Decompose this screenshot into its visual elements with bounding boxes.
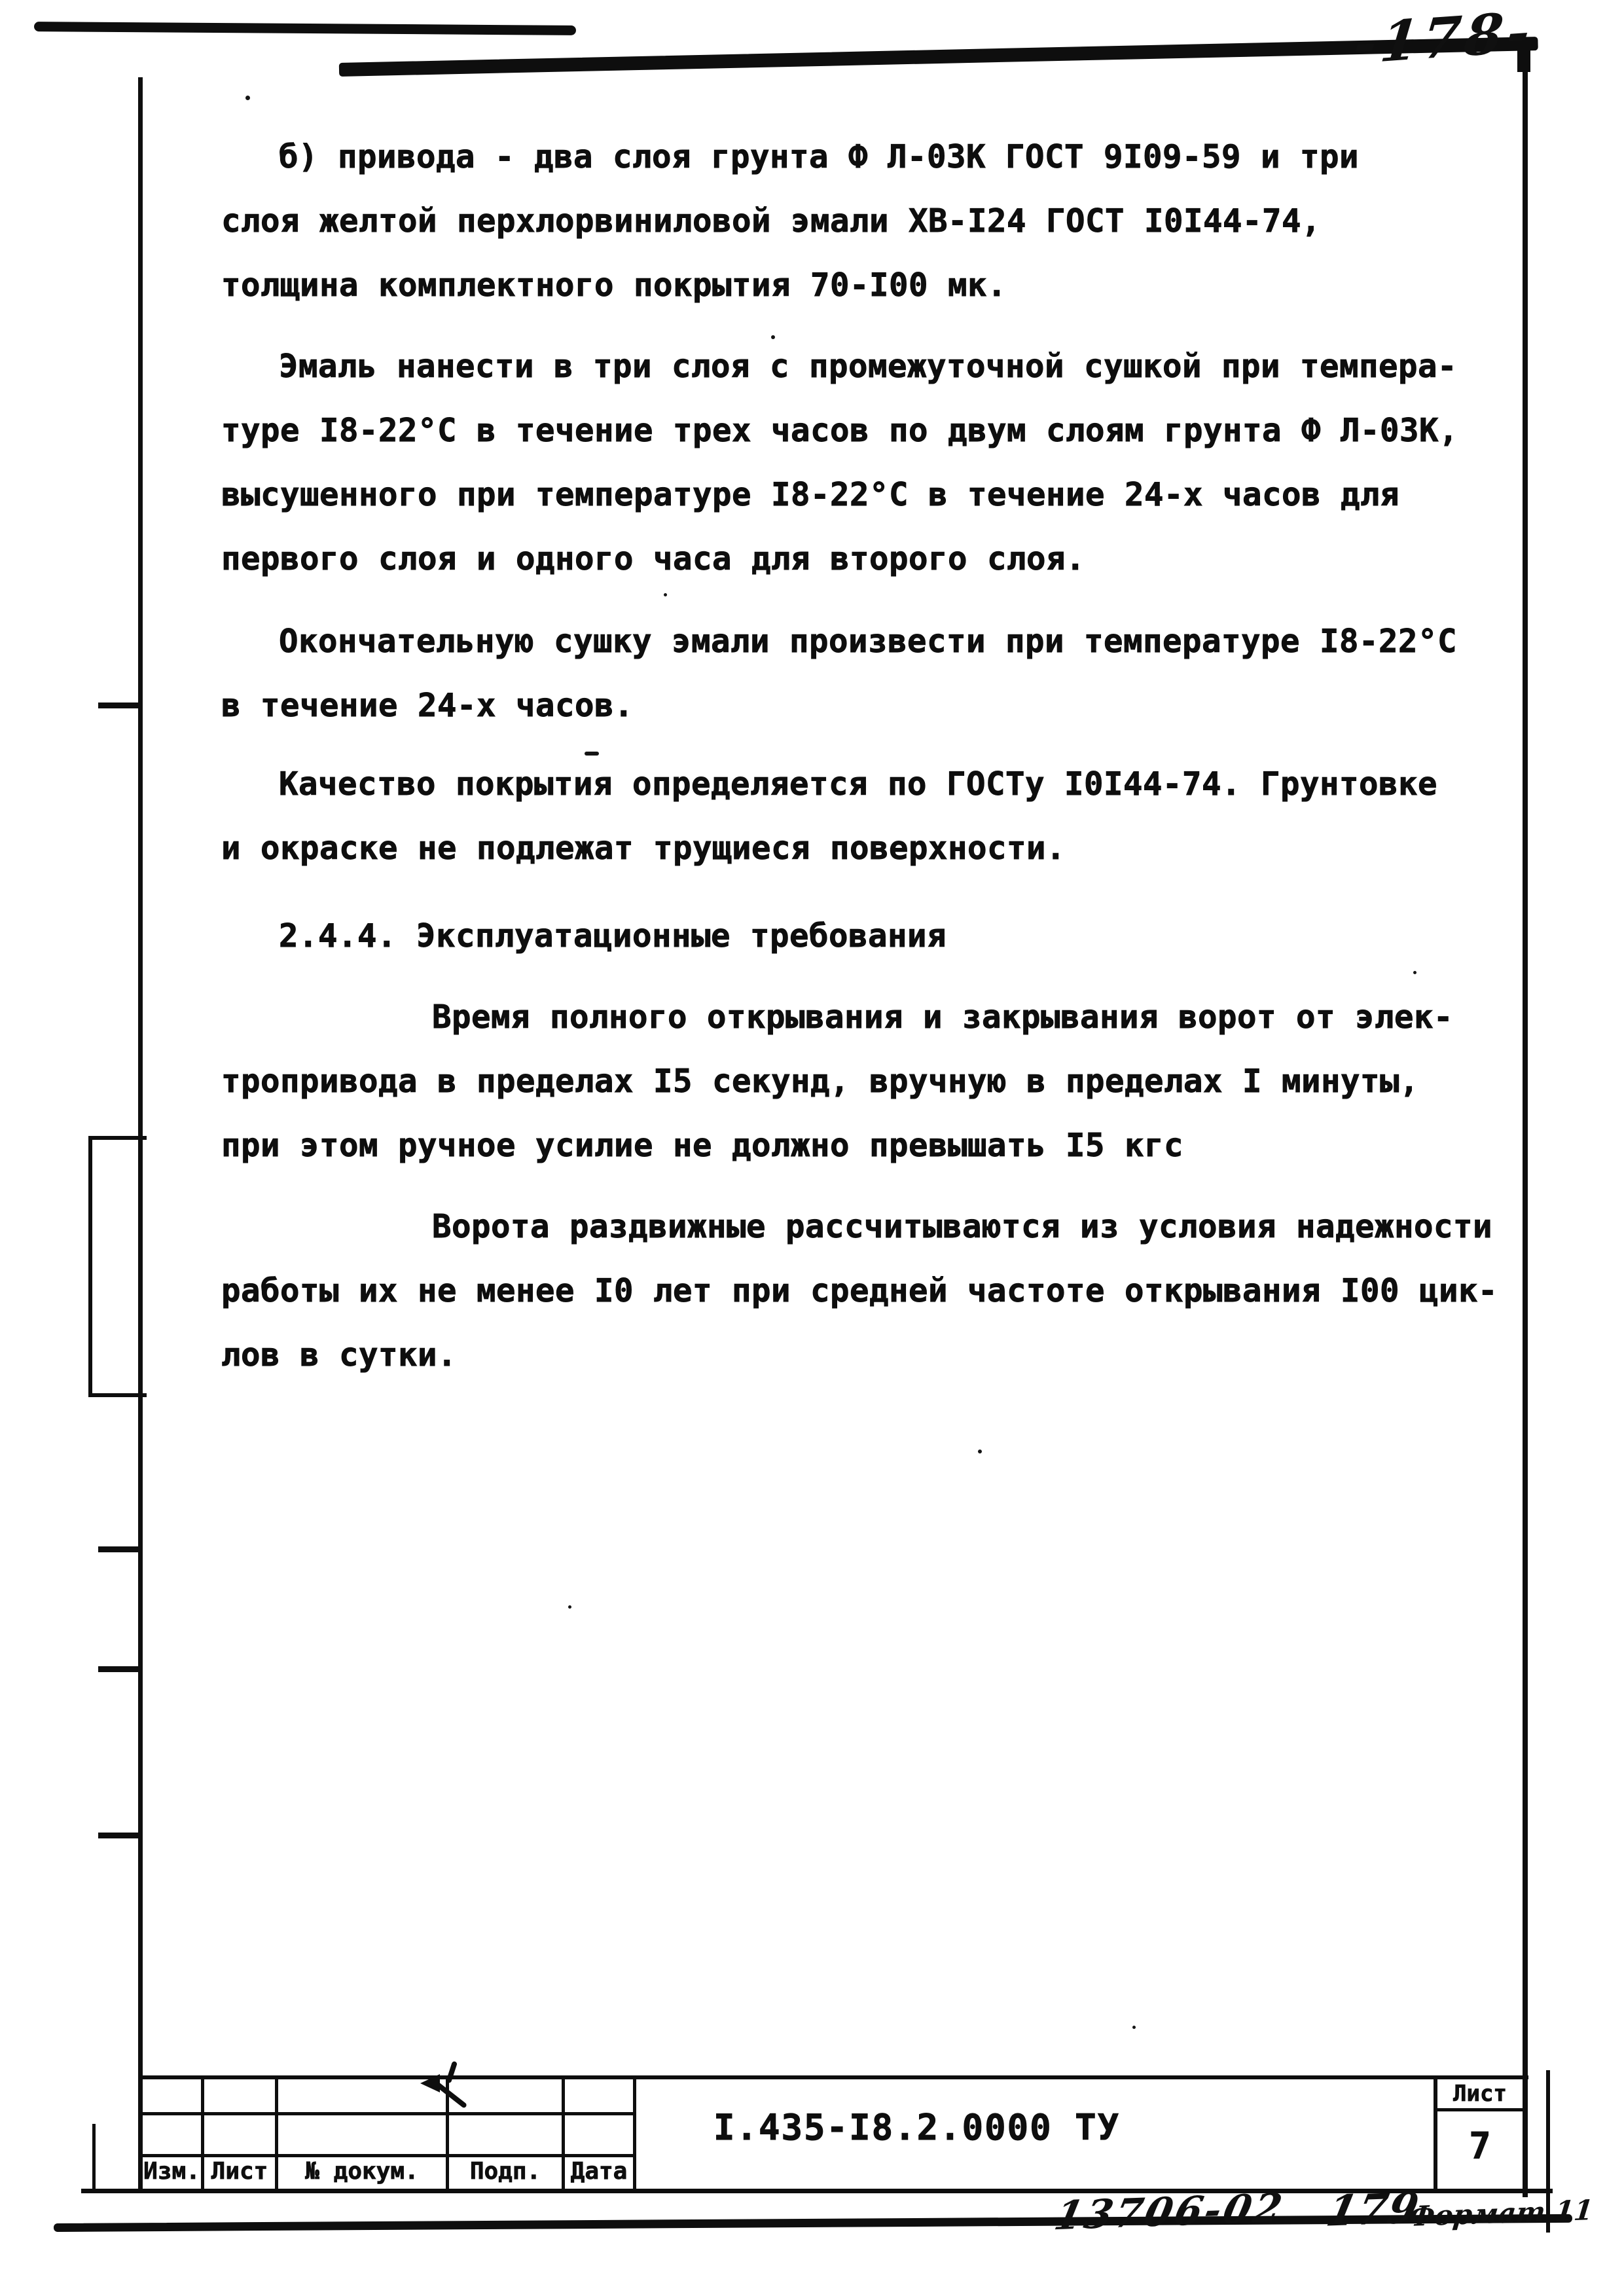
text-line: туре I8-22°С в течение трех часов по дву… xyxy=(221,399,1530,463)
text-line: Эмаль нанести в три слоя с промежуточной… xyxy=(221,335,1530,399)
text-line: и окраске не подлежат трущиеся поверхнос… xyxy=(221,816,1530,881)
handwritten-inventory-number: 13706-02 xyxy=(1051,2185,1289,2240)
scan-speck xyxy=(568,1605,571,1609)
titleblock-col-docnum: № докум. xyxy=(275,2158,449,2185)
scan-speck xyxy=(499,1075,503,1079)
text-line: в течение 24-х часов. xyxy=(221,674,1530,738)
text-line: Время полного открывания и закрывания во… xyxy=(221,985,1530,1049)
sheet-box-separator xyxy=(1434,2108,1528,2111)
text-line: Ворота раздвижные рассчитываются из усло… xyxy=(221,1195,1530,1259)
text-line: тропривода в пределах I5 секунд, вручную… xyxy=(221,1049,1530,1114)
fold-mark-rectangle xyxy=(88,1136,147,1397)
sheet-box-number: 7 xyxy=(1437,2125,1523,2168)
titleblock-top-line xyxy=(139,2075,1528,2079)
text-line: первого слоя и одного часа для второго с… xyxy=(221,527,1530,591)
document-text-body: б) привода - два слоя грунта Ф Л-03К ГОС… xyxy=(221,125,1530,1387)
handdrawn-arrow-icon xyxy=(420,2065,479,2111)
section-heading-2-4-4: 2.4.4. Эксплуатационные требования xyxy=(221,904,1530,968)
titleblock-col-podp: Подп. xyxy=(446,2158,565,2185)
titleblock-col-list: Лист xyxy=(201,2158,278,2185)
frame-top-stroke-short xyxy=(34,22,576,35)
scan-speck xyxy=(978,1450,982,1453)
text-line: толщина комплектного покрытия 70-I00 мк. xyxy=(221,253,1530,318)
text-line: б) привода - два слоя грунта Ф Л-03К ГОС… xyxy=(221,125,1530,189)
text-line: высушенного при температуре I8-22°С в те… xyxy=(221,463,1530,527)
fold-tick-4 xyxy=(98,1833,139,1838)
text-line: работы их не менее I0 лет при средней ча… xyxy=(221,1259,1530,1323)
scan-speck xyxy=(664,593,667,596)
text-line: при этом ручное усилие не должно превыша… xyxy=(221,1114,1530,1178)
text-line: слоя желтой перхлорвиниловой эмали ХВ-I2… xyxy=(221,189,1530,253)
sheet-box-label: Лист xyxy=(1437,2081,1523,2107)
scan-speck xyxy=(1132,2026,1136,2029)
fold-tick-3 xyxy=(98,1666,139,1672)
text-line: лов в сутки. xyxy=(221,1323,1530,1387)
titleblock-mid-line xyxy=(139,2112,633,2115)
text-line: Окончательную сушку эмали произвести при… xyxy=(221,610,1530,674)
fold-tick-1 xyxy=(98,703,139,708)
handwritten-page-number: -178- xyxy=(1350,0,1537,77)
scan-speck xyxy=(1413,971,1416,974)
scan-speck xyxy=(245,96,250,100)
scan-speck xyxy=(771,335,775,339)
text-line: Качество покрытия определяется по ГОСТу … xyxy=(221,752,1530,816)
frame-left-border xyxy=(138,77,143,2193)
scan-speck xyxy=(585,752,599,756)
fold-tick-2 xyxy=(98,1546,139,1552)
document-designation: I.435-I8.2.0000 ТУ xyxy=(713,2107,1120,2148)
titleblock-col-data: Дата xyxy=(562,2158,636,2185)
titleblock-labels-top-line xyxy=(139,2154,633,2157)
titleblock-col-izm: Изм. xyxy=(139,2158,204,2185)
titleblock-narrow-cell-vline xyxy=(92,2124,96,2192)
format-label: Формат 11 xyxy=(1407,2194,1595,2233)
